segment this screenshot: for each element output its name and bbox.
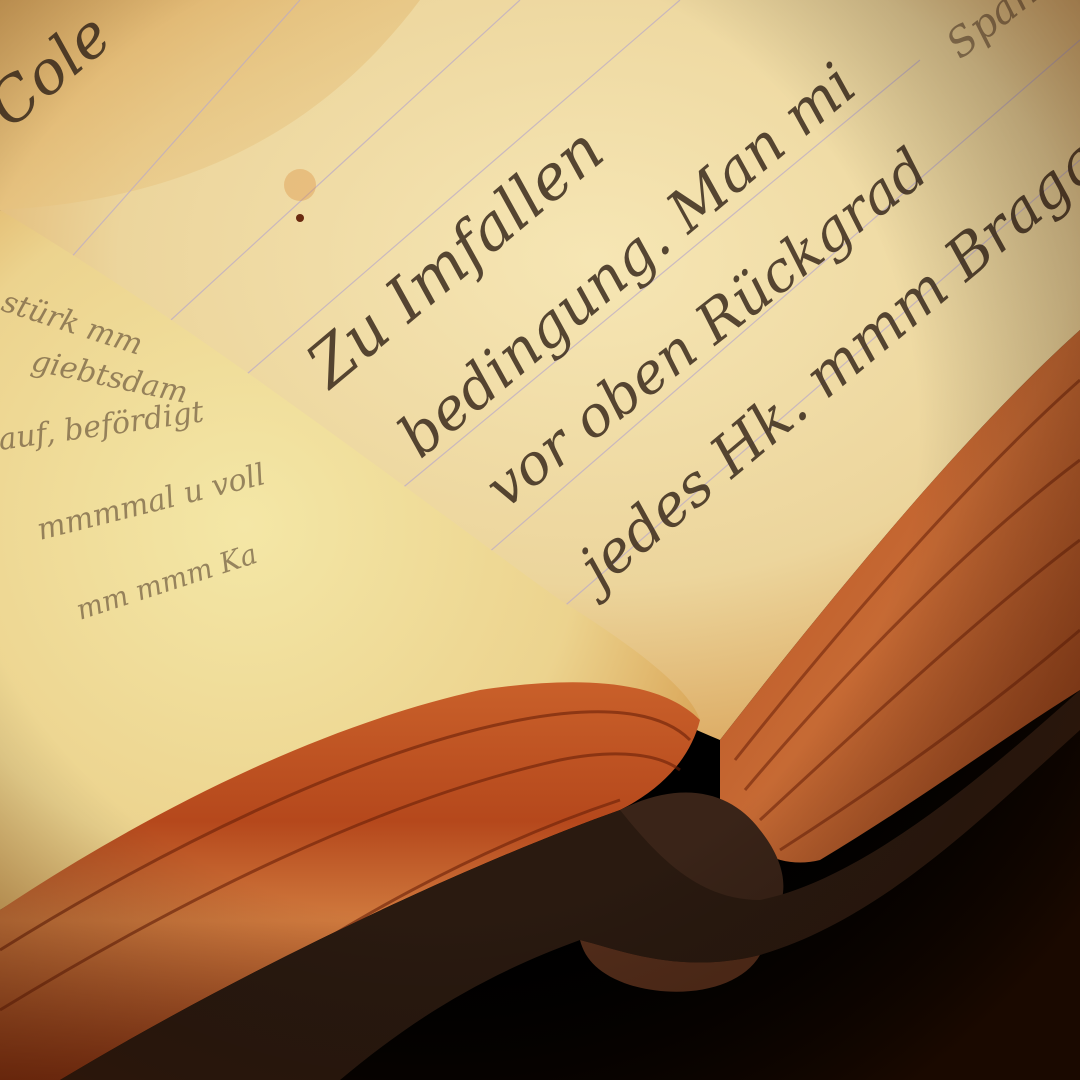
book-photo: Zu Imfallen bedingung. Man mi vor oben R… bbox=[0, 0, 1080, 1080]
vignette-overlay bbox=[0, 0, 1080, 1080]
